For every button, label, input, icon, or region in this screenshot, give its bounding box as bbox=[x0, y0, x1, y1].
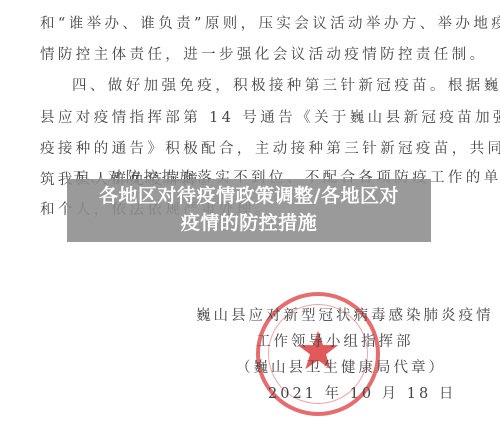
body-line: 情防控主体责任，进一步强化会议活动疫情防控责任制。 bbox=[40, 43, 488, 64]
body-line: 四、做好加强免疫，积极接种第三针新冠疫苗。根据巍山 bbox=[72, 74, 500, 95]
title-overlay: 各地区对待疫情政策调整/各地区对 疫情的防控措施 bbox=[67, 179, 431, 242]
overlay-title: 各地区对待疫情政策调整/各地区对 疫情的防控措施 bbox=[67, 183, 431, 237]
body-line: 县应对疫情指挥部第 14 号通告《关于巍山县新冠疫苗加强免 bbox=[40, 106, 500, 127]
signature-org-line1: 巍山县应对新型冠状病毒感染肺炎疫情 bbox=[196, 304, 494, 325]
body-line: 疫接种的通告》积极配合，主动接种第三针新冠疫苗，共同构 bbox=[40, 137, 500, 158]
body-line: 和“谁举办、谁负责”原则，压实会议活动举办方、举办地疫 bbox=[40, 12, 500, 33]
overlay-title-line2: 疫情的防控措施 bbox=[67, 210, 431, 237]
signature-org-line3: （巍山县卫生健康局代章） bbox=[236, 356, 446, 377]
signature-org-line2: 工作领导小组指挥部 bbox=[256, 330, 414, 351]
signature-date: 2021 年 10 月 18 日 bbox=[268, 382, 456, 403]
overlay-title-line1: 各地区对待疫情政策调整/各地区对 bbox=[67, 183, 431, 210]
